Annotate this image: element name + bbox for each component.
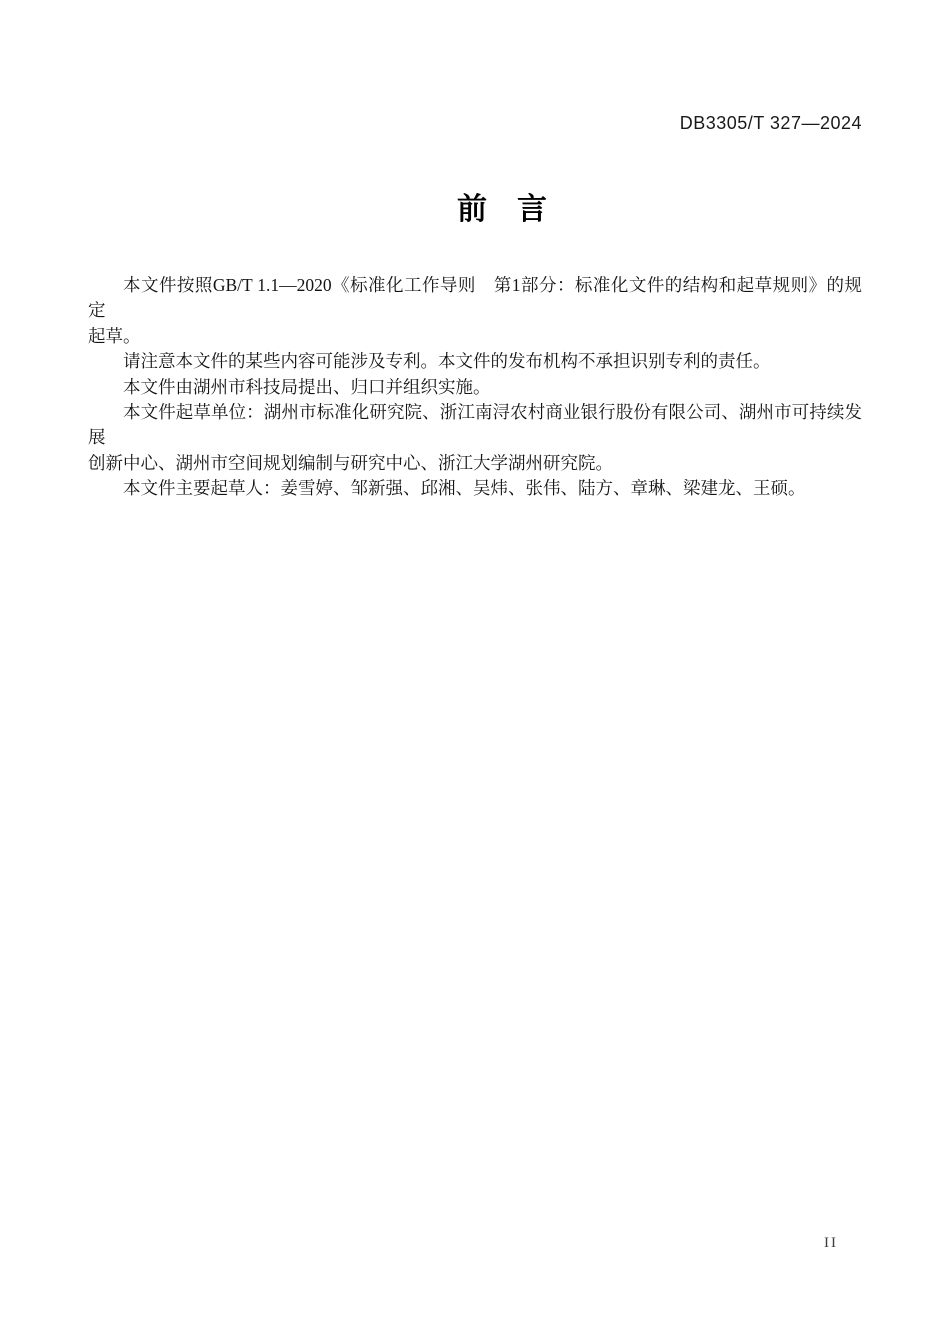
page-number: II (824, 1234, 838, 1252)
foreword-title: 前 言 (27, 194, 950, 226)
foreword-line: 请注意本文件的某些内容可能涉及专利。本文件的发布机构不承担识别专利的责任。 (88, 349, 862, 374)
foreword-line: 创新中心、湖州市空间规划编制与研究中心、浙江大学湖州研究院。 (88, 451, 862, 476)
foreword-line: 起草。 (88, 324, 862, 349)
foreword-line: 本文件按照GB/T 1.1—2020《标准化工作导则 第1部分：标准化文件的结构… (88, 273, 862, 324)
document-page: DB3305/T 327—2024 前 言 本文件按照GB/T 1.1—2020… (0, 0, 950, 1344)
foreword-line: 本文件主要起草人：姜雪婷、邹新强、邱湘、吴炜、张伟、陆方、章琳、梁建龙、王硕。 (88, 476, 862, 501)
standard-code-header: DB3305/T 327—2024 (680, 113, 862, 133)
foreword-line: 本文件由湖州市科技局提出、归口并组织实施。 (88, 375, 862, 400)
foreword-body: 本文件按照GB/T 1.1—2020《标准化工作导则 第1部分：标准化文件的结构… (88, 273, 862, 502)
foreword-line: 本文件起草单位：湖州市标准化研究院、浙江南浔农村商业银行股份有限公司、湖州市可持… (88, 400, 862, 451)
